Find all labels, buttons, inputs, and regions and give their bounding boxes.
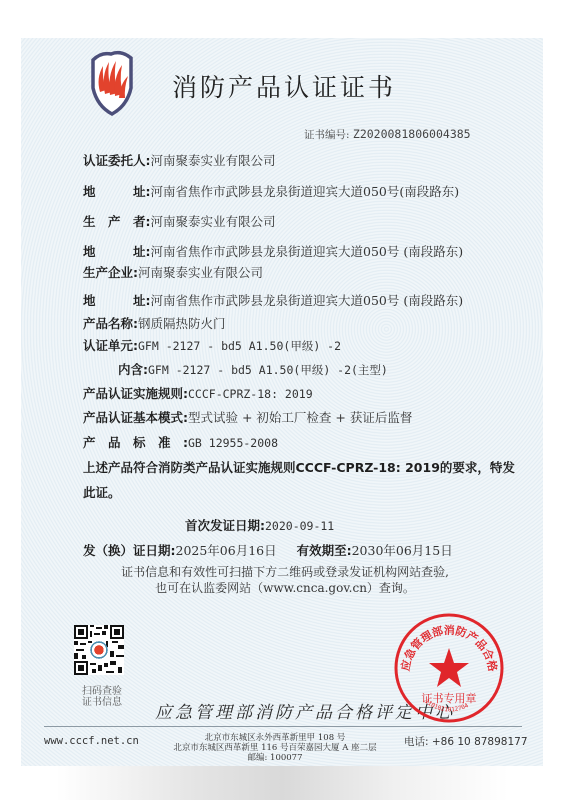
notice-line-2: 也可在认监委网站（www.cnca.gov.cn）查询。	[75, 580, 495, 596]
field-cert-unit: 认证单元:GFM -2127 - bd5 A1.50(甲级) -2	[83, 336, 341, 354]
field-label: 地 址:	[83, 184, 151, 199]
notice-line-1: 证书信息和有效性可扫描下方二维码或登录发证机构网站查验,	[75, 564, 495, 580]
footer-phone: 电话: +86 10 87898177	[404, 734, 528, 749]
official-seal-icon: 应急管理部消防产品合格评定中心 证书专用章 1101021012704	[393, 612, 505, 724]
field-label: 产 品 标 准 :	[83, 435, 188, 450]
field-includes: 内含:GFM -2127 - bd5 A1.50(甲级) -2(主型)	[118, 360, 388, 378]
issue-date-value: 2025年06月16日	[176, 543, 277, 558]
field-implementation-rule: 产品认证实施规则:CCCF-CPRZ-18: 2019	[83, 384, 313, 402]
field-value: CCCF-CPRZ-18: 2019	[188, 387, 313, 401]
issue-validity-dates: 发（换）证日期:2025年06月16日 有效期至:2030年06月15日	[83, 541, 453, 559]
field-label: 地 址:	[83, 293, 151, 308]
cert-no-label: 证书编号:	[304, 129, 350, 141]
field-label: 产品认证基本模式:	[83, 410, 188, 425]
field-label: 生产企业:	[83, 265, 138, 280]
valid-until-label: 有效期至:	[297, 543, 352, 558]
address-line-1: 北京市东城区永外西革新里甲 108 号	[170, 733, 380, 743]
first-issue-label: 首次发证日期:	[185, 518, 265, 533]
field-cert-mode: 产品认证基本模式:型式试验 + 初始工厂检查 + 获证后监督	[83, 408, 412, 426]
field-value: 河南聚泰实业有限公司	[138, 265, 263, 280]
address-line-2: 北京市东城区西革新里 116 号百荣嘉园大厦 A 座二层	[170, 743, 380, 753]
field-value: 型式试验 + 初始工厂检查 + 获证后监督	[188, 410, 412, 425]
certificate-title: 消防产品认证证书	[172, 68, 396, 104]
qr-caption-line-1: 扫码查验	[80, 686, 124, 697]
qr-code-icon[interactable]	[74, 625, 124, 675]
field-label: 认证单元:	[83, 338, 138, 353]
field-label: 认证委托人:	[83, 153, 151, 168]
field-product-name: 产品名称:钢质隔热防火门	[83, 314, 226, 332]
field-value: 河南省焦作市武陟县龙泉街道迎宾大道050号 (南段路东)	[151, 244, 464, 259]
field-value: 河南省焦作市武陟县龙泉街道迎宾大道050号(南段路东)	[151, 184, 460, 199]
first-issue-date: 首次发证日期:2020-09-11	[185, 516, 334, 534]
field-value: GB 12955-2008	[188, 436, 278, 450]
field-value: 河南省焦作市武陟县龙泉街道迎宾大道050号 (南段路东)	[151, 293, 464, 308]
field-value: 河南聚泰实业有限公司	[151, 153, 276, 168]
field-label: 地 址:	[83, 244, 151, 259]
field-manufacturer: 生 产 者:河南聚泰实业有限公司	[83, 212, 276, 230]
qr-caption-line-2: 证书信息	[80, 697, 124, 708]
statement-line-2: 此证。	[83, 483, 121, 501]
scan-shadow	[0, 766, 565, 800]
field-factory: 生产企业:河南聚泰实业有限公司	[83, 263, 263, 281]
issue-date-label: 发（换）证日期:	[83, 543, 176, 558]
first-issue-value: 2020-09-11	[265, 519, 334, 533]
field-label: 产品认证实施规则:	[83, 386, 188, 401]
postcode: 邮编: 100077	[170, 753, 380, 763]
qr-caption: 扫码查验 证书信息	[80, 686, 124, 708]
certificate-number: 证书编号: Z2020081806004385	[304, 127, 471, 142]
field-product-standard: 产 品 标 准 :GB 12955-2008	[83, 433, 278, 451]
footer-website[interactable]: www.cccf.net.cn	[44, 735, 139, 747]
field-applicant-address: 地 址:河南省焦作市武陟县龙泉街道迎宾大道050号(南段路东)	[83, 182, 459, 200]
verification-notice: 证书信息和有效性可扫描下方二维码或登录发证机构网站查验, 也可在认监委网站（ww…	[75, 564, 495, 596]
field-value: GFM -2127 - bd5 A1.50(甲级) -2	[138, 339, 341, 353]
field-label: 内含:	[118, 362, 148, 377]
footer-address: 北京市东城区永外西革新里甲 108 号 北京市东城区西革新里 116 号百荣嘉园…	[170, 733, 380, 763]
cert-no-value: Z2020081806004385	[353, 127, 471, 141]
statement-line-1: 上述产品符合消防类产品认证实施规则CCCF-CPRZ-18: 2019的要求，特…	[83, 458, 515, 476]
valid-until-value: 2030年06月15日	[352, 543, 453, 558]
field-value: 河南聚泰实业有限公司	[151, 214, 276, 229]
field-applicant: 认证委托人:河南聚泰实业有限公司	[83, 151, 276, 169]
field-label: 生 产 者:	[83, 214, 151, 229]
field-label: 产品名称:	[83, 316, 138, 331]
fire-shield-logo-icon	[87, 48, 137, 118]
field-value: 钢质隔热防火门	[138, 316, 226, 331]
field-value: GFM -2127 - bd5 A1.50(甲级) -2(主型)	[148, 363, 388, 377]
field-manufacturer-address: 地 址:河南省焦作市武陟县龙泉街道迎宾大道050号 (南段路东)	[83, 242, 463, 260]
field-factory-address: 地 址:河南省焦作市武陟县龙泉街道迎宾大道050号 (南段路东)	[83, 291, 463, 309]
footer-divider	[44, 726, 522, 727]
